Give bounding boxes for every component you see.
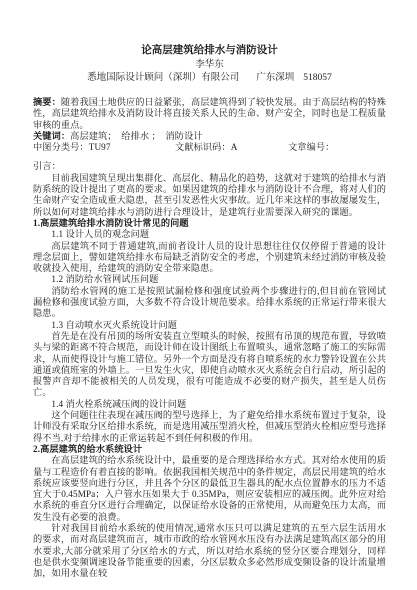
paper-body: 引言： 目前我国建筑呈现出集群化、高层化、精品化的趋势，这就对于建筑的给排水与消… [33,161,386,579]
section-1-4-paragraph: 这个问题往往表现在减压阀的型号选择上，为了避免给排水系统布置过于复杂，设计师没有… [33,410,386,444]
section-1-3-heading: 1.3 自动喷水灭火系统设计问题 [33,320,386,331]
clc-pair: 中图分类号：TU97 [33,142,175,153]
section-1-3-paragraph: 首先是在没有吊顶的场所安装直立型喷头的时候，按照有吊顶的规范布置，导致喷头与梁的… [33,331,386,399]
section-1-2-heading: 1.2 消防给水管网试压问题 [33,274,386,285]
article-no-label: 文章编号： [288,142,334,153]
paper-title: 论高层建筑给排水与消防设计 [33,44,386,57]
section-1-2-paragraph: 消防给水管网的施工是按照试漏检修和强度试验两个步骤进行的,但目前在管网试漏检修和… [33,286,386,320]
affiliation-line: 悉地国际设计顾问（深圳）有限公司广东深圳518057 [33,72,386,85]
keywords-line: 关键词：高层建筑； 给排水 ； 消防设计 [33,131,386,142]
affiliation-postcode: 518057 [303,73,332,83]
section-1-4-heading: 1.4 消火栓系统减压阀的设计问题 [33,399,386,410]
intro-heading: 引言： [33,161,386,172]
abstract: 摘要：随着我国土地供应的日益紧张，高层建筑得到了较快发展。由于高层结构的特殊性，… [33,97,386,131]
affiliation-location: 广东深圳 [256,73,294,83]
document-page: 论高层建筑给排水与消防设计 李华东 悉地国际设计顾问（深圳）有限公司广东深圳51… [0,0,417,590]
abstract-label: 摘要： [33,97,61,107]
doc-code-value: A [231,142,238,152]
intro-paragraph: 目前我国建筑呈现出集群化、高层化、精品化的趋势，这就对于建筑的给排水与消防系统的… [33,173,386,218]
front-matter: 摘要：随着我国土地供应的日益紧张，高层建筑得到了较快发展。由于高层结构的特殊性，… [33,97,386,153]
section-1-heading: 1.高层建筑给排水消防设计常见的问题 [33,218,386,229]
section-2-heading: 2.高层建筑的给水系统设计 [33,444,386,455]
classification-line: 中图分类号：TU97文献标识码：A文章编号： [33,142,386,153]
abstract-text: 随着我国土地供应的日益紧张，高层建筑得到了较快发展。由于高层结构的特殊性，高层建… [33,97,386,130]
paper-author: 李华东 [33,59,386,72]
doc-code-label: 文献标识码： [175,142,231,152]
keywords-text: 高层建筑； 给排水 ； 消防设计 [70,131,203,141]
clc-label: 中图分类号： [33,142,89,152]
section-1-1-paragraph: 高层建筑不同于普通建筑,而前者设计人员的设计思想往往仅仅停留于普通的设计理念层面… [33,241,386,275]
clc-value: TU97 [89,142,111,152]
section-2-paragraph-1: 在高层建筑的给水系统设计中，最重要的是合理选择给水方式。其对给水使用的质量与工程… [33,455,386,523]
section-1-1-heading: 1.1 设计人员的观念问题 [33,229,386,240]
section-2-paragraph-2: 针对我国目前给水系统的使用情况,通常水压只可以满足建筑的五至六层生活用水的要求，… [33,523,386,579]
affiliation: 悉地国际设计顾问（深圳）有限公司 [87,73,239,83]
doc-code-pair: 文献标识码：A [175,142,288,153]
keywords-label: 关键词： [33,131,70,141]
